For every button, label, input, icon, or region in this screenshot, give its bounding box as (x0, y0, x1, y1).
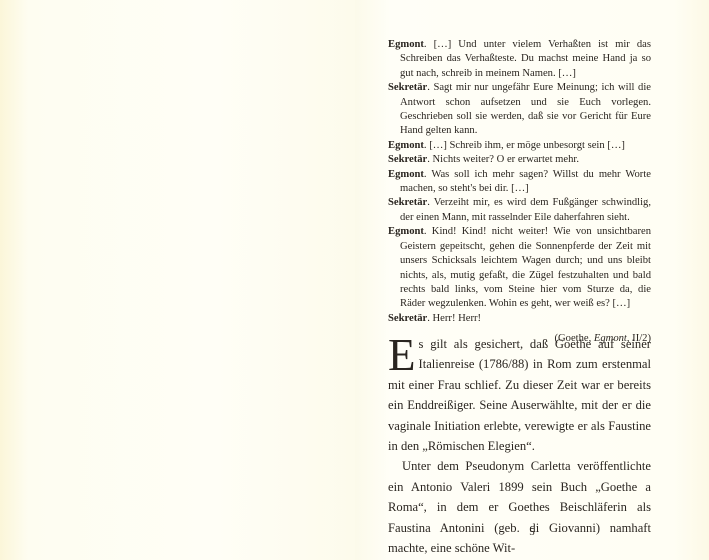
paragraph-2: Unter dem Pseudonym Carletta veröffentli… (388, 456, 651, 558)
speaker-name: Sekretär (388, 82, 427, 93)
drop-cap: E (388, 337, 416, 373)
speech-text: . Sagt mir nur ungefähr Eure Meinung; ic… (400, 82, 651, 136)
page-number: 5 (355, 526, 709, 538)
speech-line: Sekretär. Herr! Herr! (388, 312, 651, 326)
speech-line: Egmont. Kind! Kind! nicht weiter! Wie vo… (388, 225, 651, 311)
speaker-name: Egmont (388, 39, 424, 50)
speaker-name: Egmont (388, 140, 424, 151)
speech-text: . […] Und unter vielem Verhaßten ist mir… (400, 39, 651, 79)
book-spread: Egmont. […] Und unter vielem Verhaßten i… (0, 0, 709, 560)
speech-line: Egmont. Was soll ich mehr sagen? Willst … (388, 168, 651, 197)
speech-text: . Kind! Kind! nicht weiter! Wie von unsi… (400, 226, 651, 309)
body-text: Es gilt als gesichert, daß Goethe auf se… (388, 334, 651, 558)
speech-line: Egmont. […] Und unter vielem Verhaßten i… (388, 38, 651, 81)
speech-line: Sekretär. Nichts weiter? O er erwartet m… (388, 153, 651, 167)
drama-excerpt: Egmont. […] Und unter vielem Verhaßten i… (388, 38, 651, 347)
speaker-name: Egmont (388, 226, 424, 237)
speech-line: Sekretär. Verzeiht mir, es wird dem Fußg… (388, 196, 651, 225)
speaker-name: Sekretär (388, 154, 427, 165)
speaker-name: Sekretär (388, 197, 427, 208)
speech-text: . […] Schreib ihm, er möge unbesorgt sei… (424, 140, 625, 151)
speech-line: Egmont. […] Schreib ihm, er möge unbesor… (388, 139, 651, 153)
speech-text: . Herr! Herr! (427, 313, 481, 324)
speech-line: Sekretär. Sagt mir nur ungefähr Eure Mei… (388, 81, 651, 139)
left-page-blank (0, 0, 355, 560)
paragraph-text: s gilt als gesichert, daß Goethe auf sei… (388, 337, 651, 453)
speech-text: . Was soll ich mehr sagen? Willst du meh… (400, 169, 651, 194)
paragraph-1: Es gilt als gesichert, daß Goethe auf se… (388, 334, 651, 456)
speech-text: . Verzeiht mir, es wird dem Fußgänger sc… (400, 197, 651, 222)
speaker-name: Sekretär (388, 313, 427, 324)
speaker-name: Egmont (388, 169, 424, 180)
right-page: Egmont. […] Und unter vielem Verhaßten i… (355, 0, 709, 560)
speech-text: . Nichts weiter? O er erwartet mehr. (427, 154, 579, 165)
